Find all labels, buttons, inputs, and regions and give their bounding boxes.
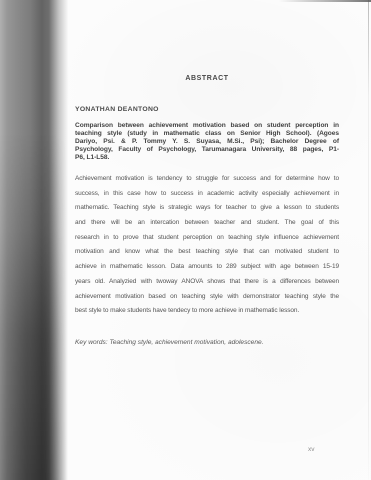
body-line: research in to prove that student percep…	[75, 231, 339, 246]
citation-line: Dariyo, Psi. & P. Tommy Y. S. Suyasa, M.…	[75, 138, 339, 146]
book-spine-shadow-bottom	[0, 0, 76, 480]
page-edge-top	[279, 0, 371, 2]
citation-line: Psychology, Faculty of Psychology, Tarum…	[75, 146, 339, 154]
body-line: and there will be an intercation between…	[75, 216, 339, 231]
scanned-abstract-page: ABSTRACT YONATHAN DEANTONO Comparison be…	[0, 0, 371, 480]
citation-line: P6, L1-L58.	[75, 154, 339, 162]
author-name: YONATHAN DEANTONO	[75, 106, 159, 113]
citation-paragraph: Comparison between achievement motivatio…	[75, 122, 339, 162]
body-line: mathematic. Teaching style is strategic …	[75, 201, 339, 216]
keywords-line: Key words: Teaching style, achievement m…	[75, 339, 264, 346]
citation-line: teaching style (study in mathematic clas…	[75, 130, 339, 138]
page-edge-right	[368, 0, 369, 480]
body-line: achieve in mathematic lesson. Data amoun…	[75, 260, 339, 275]
body-line: best style to make students have tendecy…	[75, 304, 339, 319]
body-line: success, in this case how to success in …	[75, 187, 339, 202]
body-line: achievement motivation based on teaching…	[75, 290, 339, 305]
body-line: motivation and know what the best teachi…	[75, 245, 339, 260]
citation-line: Comparison between achievement motivatio…	[75, 122, 339, 130]
body-line: Achievement motivation is tendency to st…	[75, 172, 339, 187]
page-number: xv	[308, 446, 315, 453]
body-line: years old. Analyzied with twoway ANOVA s…	[75, 275, 339, 290]
abstract-body-paragraph: Achievement motivation is tendency to st…	[75, 172, 339, 319]
abstract-heading: ABSTRACT	[75, 75, 339, 82]
